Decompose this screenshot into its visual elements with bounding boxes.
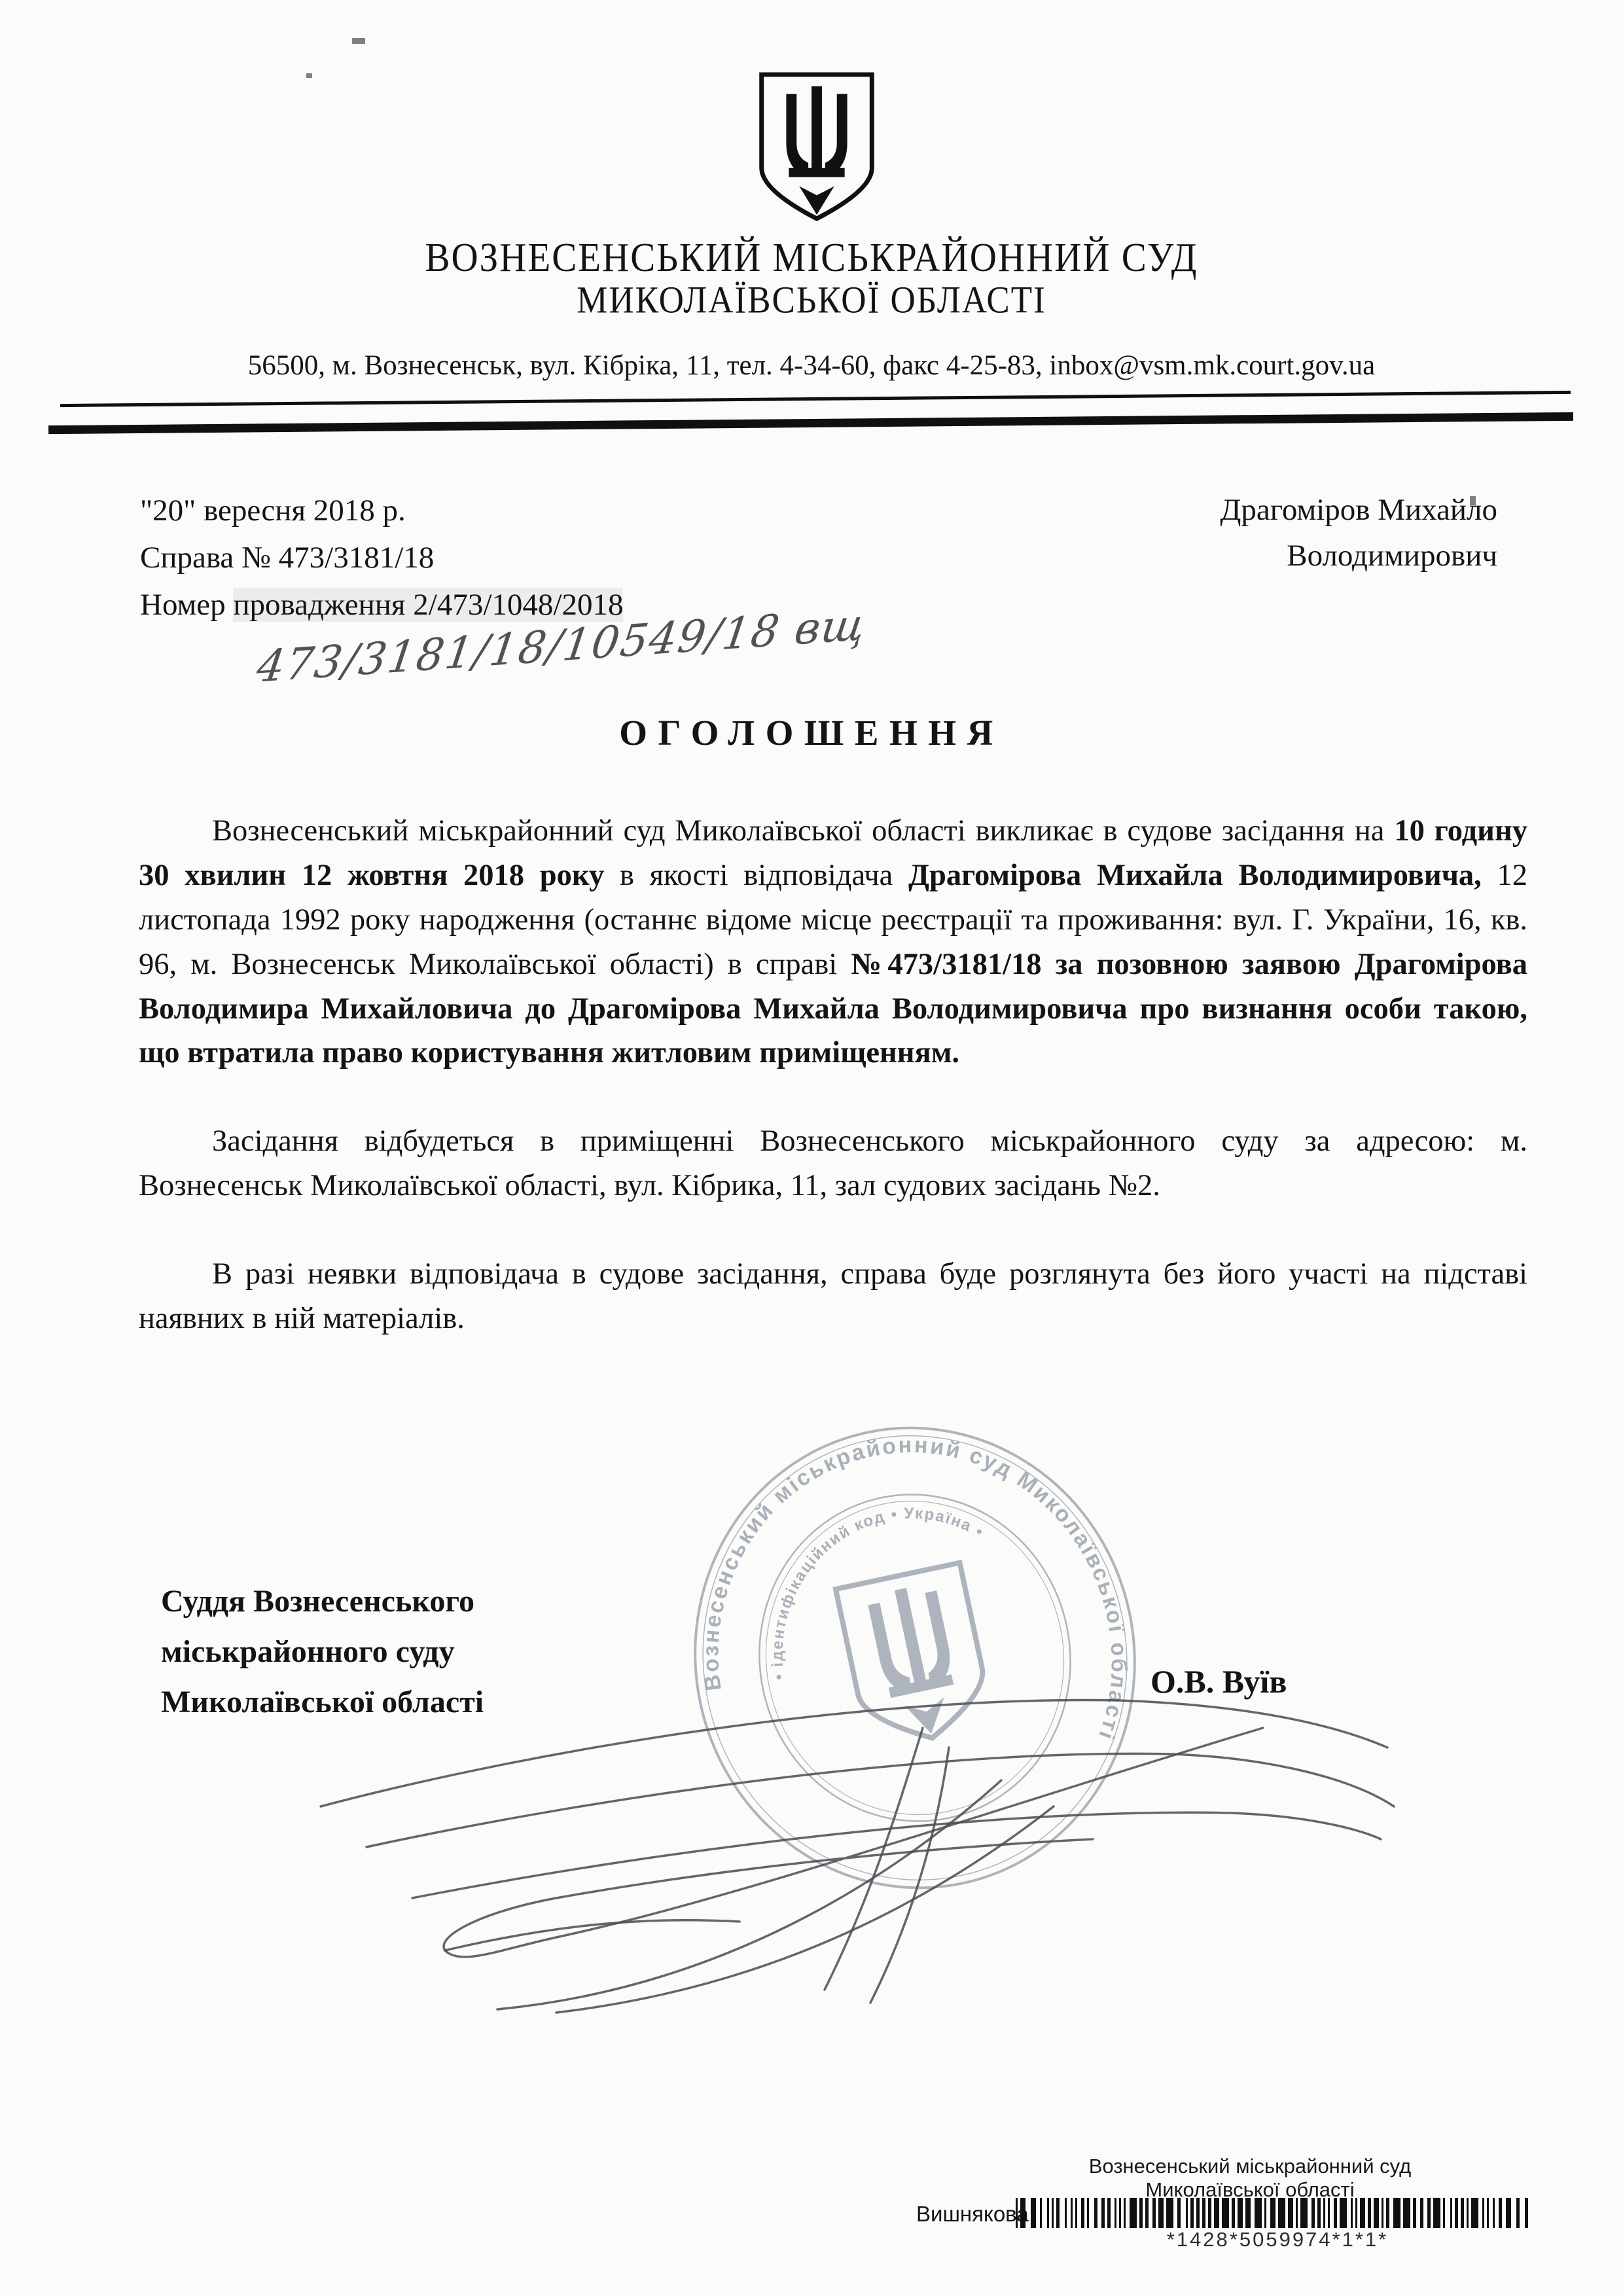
barcode — [1016, 2198, 1539, 2228]
judge-title-line1: Суддя Вознесенського — [161, 1576, 484, 1626]
footer-court-line1: Вознесенський міськрайонний суд — [972, 2155, 1528, 2178]
body-paragraph-location: Засідання відбудеться в приміщенні Возне… — [139, 1119, 1527, 1208]
document-body: Вознесенський міськрайонний суд Миколаїв… — [139, 809, 1527, 1385]
header-divider-thick — [48, 412, 1573, 434]
scan-artifact — [1470, 496, 1476, 505]
case-meta-block: "20" вересня 2018 р. Справа № 473/3181/1… — [140, 487, 623, 628]
clerk-name: Вишнякова — [916, 2202, 1029, 2227]
court-name-line1: ВОЗНЕСЕНСЬКИЙ МІСЬКРАЙОННИЙ СУД — [0, 234, 1623, 281]
body-paragraph-summons: Вознесенський міськрайонний суд Миколаїв… — [139, 809, 1527, 1075]
court-name-line2: МИКОЛАЇВСЬКОЇ ОБЛАСТІ — [0, 279, 1623, 322]
barcode-caption: *1428*5059974*1*1* — [1016, 2228, 1539, 2251]
scanned-court-document: ВОЗНЕСЕНСЬКИЙ МІСЬКРАЙОННИЙ СУД МИКОЛАЇВ… — [0, 0, 1623, 2296]
judge-title-line2: міськрайонного суду — [161, 1626, 484, 1677]
scan-artifact — [306, 73, 312, 78]
addressee-block: Драгоміров Михайло Володимирович — [1220, 487, 1497, 579]
body-paragraph-warning: В разі неявки відповідача в судове засід… — [139, 1252, 1527, 1341]
document-title: ОГОЛОШЕННЯ — [0, 712, 1623, 753]
ukraine-trident-emblem-icon — [754, 69, 880, 225]
scan-artifact — [352, 38, 365, 44]
addressee-name-line1: Драгоміров Михайло — [1220, 487, 1497, 533]
addressee-name-line2: Володимирович — [1220, 533, 1497, 579]
footer-court-block: Вознесенський міськрайонний суд Миколаїв… — [972, 2155, 1528, 2202]
case-number: Справа № 473/3181/18 — [140, 534, 623, 581]
header-divider-thin — [60, 391, 1571, 407]
court-address-line: 56500, м. Вознесенськ, вул. Кібріка, 11,… — [0, 350, 1623, 382]
document-date: "20" вересня 2018 р. — [140, 487, 623, 534]
judge-title-line3: Миколаївської області — [161, 1677, 484, 1727]
judge-title-block: Суддя Вознесенського міськрайонного суду… — [161, 1576, 484, 1727]
judge-name: О.В. Вуїв — [1150, 1662, 1287, 1700]
